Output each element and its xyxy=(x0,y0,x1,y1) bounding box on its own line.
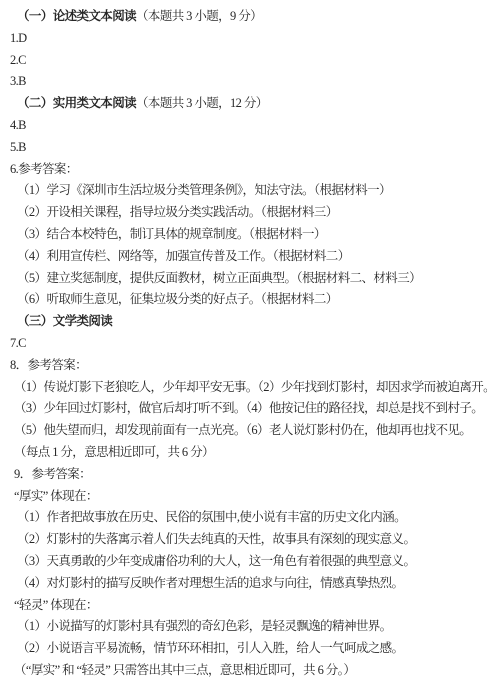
answer-line-3: 3.B xyxy=(0,71,487,93)
answer-line-9-label: 9．参考答案： xyxy=(0,464,487,486)
item-line: （4）对灯影村的描写反映作者对理想生活的追求与向往，情感真挚热烈。 xyxy=(0,573,487,595)
item-line: （5）他失望而归，却发现前面有一点光亮。（6）老人说灯影村仍在，他却再也找不见。 xyxy=(0,420,487,442)
item-line: （3）少年回过灯影村，做官后却打听不到。（4）他按记住的路径找，却总是找不到村子… xyxy=(0,398,487,420)
item-line: （6）听取师生意见，征集垃圾分类的好点子。（根据材料二） xyxy=(0,289,487,311)
section-title: （三）文学类阅读 xyxy=(17,314,112,328)
answer-line-6-label: 6.参考答案： xyxy=(0,159,487,181)
item-line: （2）小说语言平易流畅，情节环环相扣，引人入胜，给人一气呵成之感。 xyxy=(0,638,487,660)
item-line: （1）传说灯影下老狼吃人，少年却平安无事。（2）少年找到灯影村，却因求学而被迫离… xyxy=(0,377,487,399)
item-line: （3）结合本校特色，制订具体的规章制度。（根据材料一） xyxy=(0,224,487,246)
section-title: （一）论述类文本阅读 xyxy=(17,9,136,23)
answer-line-4: 4.B xyxy=(0,115,487,137)
subheading-houshi: “厚实” 体现在： xyxy=(0,486,487,508)
score-note-line: （“厚实” 和 “轻灵” 只需答出其中三点，意思相近即可，共 6 分。） xyxy=(0,660,487,679)
answer-line-2: 2.C xyxy=(0,50,487,72)
answer-line-7: 7.C xyxy=(0,333,487,355)
section-header-3: （三）文学类阅读 xyxy=(0,311,487,333)
section-title: （二）实用类文本阅读 xyxy=(17,96,136,110)
subheading-qingling: “轻灵” 体现在： xyxy=(0,595,487,617)
section-header-2: （二）实用类文本阅读（本题共 3 小题，12 分） xyxy=(0,93,487,115)
item-line: （1）作者把故事放在历史、民俗的氛围中,使小说有丰富的历史文化内涵。 xyxy=(0,507,487,529)
answer-line-1: 1.D xyxy=(0,28,487,50)
item-line: （1）学习《深圳市生活垃圾分类管理条例》，知法守法。（根据材料一） xyxy=(0,180,487,202)
answer-key-document: （一）论述类文本阅读（本题共 3 小题，9 分） 1.D 2.C 3.B （二）… xyxy=(0,0,487,679)
item-line: （1）小说描写的灯影村具有强烈的奇幻色彩，是轻灵飘逸的精神世界。 xyxy=(0,616,487,638)
section-meta: （本题共 3 小题，9 分） xyxy=(136,9,262,23)
section-meta: （本题共 3 小题，12 分） xyxy=(136,96,268,110)
answer-line-5: 5.B xyxy=(0,137,487,159)
item-line: （3）天真勇敢的少年变成庸俗功利的大人，这一角色有着很强的典型意义。 xyxy=(0,551,487,573)
item-line: （2）灯影村的失落寓示着人们失去纯真的天性，故事具有深刻的现实意义。 xyxy=(0,529,487,551)
item-line: （2）开设相关课程，指导垃圾分类实践活动。（根据材料三） xyxy=(0,202,487,224)
section-header-1: （一）论述类文本阅读（本题共 3 小题，9 分） xyxy=(0,6,487,28)
item-line: （4）利用宣传栏、网络等，加强宣传普及工作。（根据材料二） xyxy=(0,246,487,268)
item-line: （5）建立奖惩制度，提供反面教材，树立正面典型。（根据材料二、材料三） xyxy=(0,268,487,290)
answer-line-8-label: 8．参考答案： xyxy=(0,355,487,377)
score-note-line: （每点 1 分，意思相近即可，共 6 分） xyxy=(0,442,487,464)
